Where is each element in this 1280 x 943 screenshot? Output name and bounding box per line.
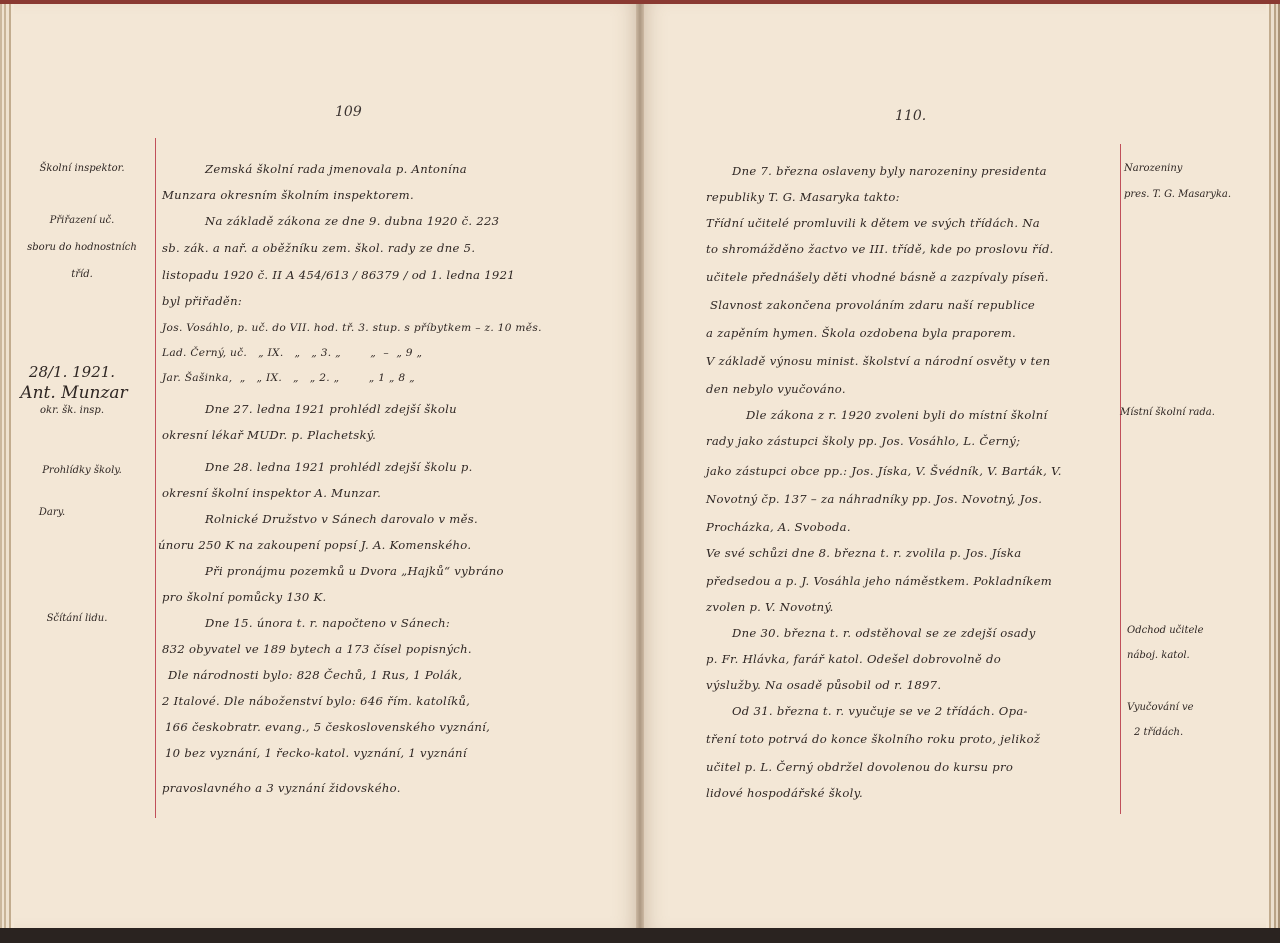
text-line: Dle národnosti bylo: 828 Čechů, 1 Rus, 1… [168, 668, 462, 682]
text-line: den nebylo vyučováno. [706, 382, 846, 396]
signature: Ant. Munzar [14, 382, 134, 405]
margin-note: tříd. [22, 268, 142, 282]
text-line: okresní lékař MUDr. p. Plachetský. [162, 428, 376, 442]
text-line: a zapěním hymen. Škola ozdobena byla pra… [706, 326, 1016, 340]
text-line: p. Fr. Hlávka, farář katol. Odešel dobro… [706, 652, 1001, 666]
margin-note: 2 třídách. [1134, 726, 1254, 740]
text-line: výslužby. Na osadě působil od r. 1897. [706, 678, 941, 692]
margin-note: Prohlídky školy. [22, 464, 142, 478]
signature-title: okr. šk. insp. [22, 404, 122, 418]
text-line: Dne 30. března t. r. odstěhoval se ze zd… [732, 626, 1036, 640]
book-gutter [636, 4, 644, 928]
text-line: únoru 250 K na zakoupení popsí J. A. Kom… [158, 538, 471, 552]
text-line: Při pronájmu pozemků u Dvora „Hajků“ vyb… [205, 564, 504, 578]
page-number: 109 [335, 104, 362, 120]
text-line: sb. zák. a nař. a oběžníku zem. škol. ra… [162, 241, 475, 255]
margin-note: pres. T. G. Masaryka. [1124, 188, 1254, 202]
text-line: Novotný čp. 137 – za náhradníky pp. Jos.… [706, 492, 1042, 506]
text-line: pro školní pomůcky 130 K. [162, 590, 326, 604]
text-line: Procházka, A. Svoboda. [706, 520, 851, 534]
text-line: 10 bez vyznání, 1 řecko-katol. vyznání, … [165, 746, 467, 760]
text-line: Ve své schůzi dne 8. března t. r. zvolil… [706, 546, 1021, 560]
text-line: listopadu 1920 č. II A 454/613 / 86379 /… [162, 268, 515, 282]
text-line: Dne 28. ledna 1921 prohlédl zdejší školu… [205, 460, 473, 474]
text-line: Dle zákona z r. 1920 zvoleni byli do mís… [746, 408, 1048, 422]
text-line: Jos. Vosáhlo, p. uč. do VII. hod. tř. 3.… [162, 322, 542, 334]
text-line: V základě výnosu minist. školství a náro… [706, 354, 1050, 368]
text-line: Slavnost zakončena provoláním zdaru naší… [710, 298, 1035, 312]
text-line: Na základě zákona ze dne 9. dubna 1920 č… [205, 214, 499, 228]
text-line: Třídní učitelé promluvili k dětem ve svý… [706, 216, 1040, 230]
text-line: Dne 7. března oslaveny byly narozeniny p… [732, 164, 1047, 178]
text-line: zvolen p. V. Novotný. [706, 600, 834, 614]
margin-note: Vyučování ve [1127, 701, 1247, 715]
text-line: byl přiřaděn: [162, 294, 242, 308]
margin-note: náboj. katol. [1127, 649, 1247, 663]
margin-note: Narozeniny [1124, 162, 1224, 176]
page-stack-edge-left [0, 4, 14, 928]
text-line: republiky T. G. Masaryka takto: [706, 190, 900, 204]
margin-note: Odchod učitele [1127, 624, 1247, 638]
text-line: Munzara okresním školním inspektorem. [162, 188, 414, 202]
text-line: jako zástupci obce pp.: Jos. Jíska, V. Š… [706, 464, 1062, 478]
left-page: 109 Školní inspektor. Přiřazení uč. sbor… [0, 4, 640, 928]
margin-note: Dary. [22, 506, 82, 520]
text-line: tření toto potrvá do konce školního roku… [706, 732, 1040, 746]
text-line: 2 Italové. Dle náboženství bylo: 646 řím… [162, 694, 470, 708]
signature-date: 28/1. 1921. [22, 362, 122, 382]
page-number: 110. [895, 108, 926, 124]
margin-rule [1120, 144, 1121, 814]
text-line: lidové hospodářské školy. [706, 786, 863, 800]
margin-rule [155, 138, 156, 818]
text-line: Jar. Šašinka, „ „ IX. „ „ 2. „ „ 1 „ 8 „ [162, 372, 415, 384]
text-line: Od 31. března t. r. vyučuje se ve 2 tříd… [732, 704, 1028, 718]
text-line: Zemská školní rada jmenovala p. Antonína [205, 162, 467, 176]
text-line: 832 obyvatel ve 189 bytech a 173 čísel p… [162, 642, 472, 656]
margin-note: Sčítání lidu. [22, 612, 132, 626]
text-line: 166 českobratr. evang., 5 československé… [165, 720, 490, 734]
right-page: 110. Narozeniny pres. T. G. Masaryka. Mí… [640, 4, 1280, 928]
margin-note: Přiřazení uč. [22, 214, 142, 228]
text-line: učitele přednášely děti vhodné básně a z… [706, 270, 1049, 284]
margin-note: sboru do hodnostních [22, 241, 142, 255]
text-line: rady jako zástupci školy pp. Jos. Vosáhl… [706, 434, 1020, 448]
text-line: učitel p. L. Černý obdržel dovolenou do … [706, 760, 1013, 774]
page-stack-edge-right [1266, 4, 1280, 928]
open-ledger-book: 109 Školní inspektor. Přiřazení uč. sbor… [0, 0, 1280, 930]
text-line: Rolnické Družstvo v Sánech darovalo v mě… [205, 512, 478, 526]
text-line: Dne 27. ledna 1921 prohlédl zdejší školu [205, 402, 457, 416]
text-line: Dne 15. února t. r. napočteno v Sánech: [205, 616, 450, 630]
text-line: předsedou a p. J. Vosáhla jeho náměstkem… [706, 574, 1052, 588]
text-line: Lad. Černý, uč. „ IX. „ „ 3. „ „ – „ 9 „ [162, 347, 422, 359]
margin-note: Místní školní rada. [1120, 406, 1250, 420]
text-line: okresní školní inspektor A. Munzar. [162, 486, 381, 500]
text-line: to shromážděno žactvo ve III. třídě, kde… [706, 242, 1054, 256]
margin-note: Školní inspektor. [22, 162, 142, 176]
text-line: pravoslavného a 3 vyznání židovského. [162, 781, 401, 795]
